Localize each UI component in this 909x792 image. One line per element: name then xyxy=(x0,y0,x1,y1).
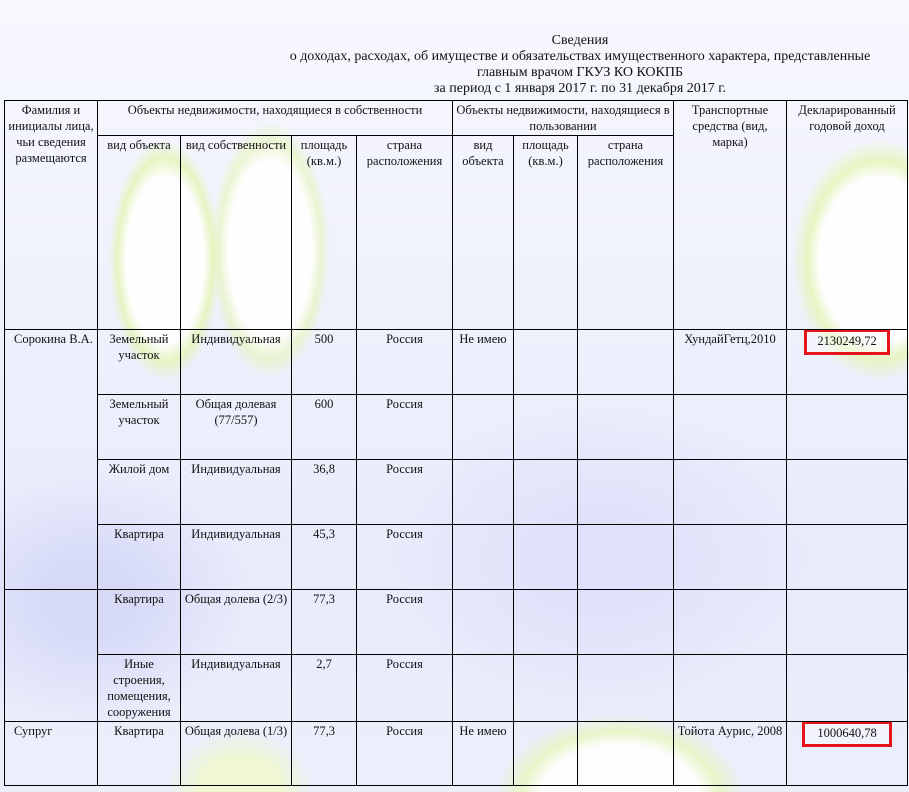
table-row: Квартира Индивидуальная 45,3 Россия xyxy=(5,525,908,590)
title-period: за период с 1 января 2017 г. по 31 декаб… xyxy=(250,81,909,97)
header-used-type: вид объекта xyxy=(453,136,514,330)
cell-used-type: Не имею xyxy=(453,722,514,786)
table-row: Иные строения, помещения, сооружения Инд… xyxy=(5,655,908,722)
header-person: Фамилия и инициалы лица, чьи сведения ра… xyxy=(5,101,98,330)
header-owned-area: площадь (кв.м.) xyxy=(292,136,357,330)
document-title: Сведения о доходах, расходах, об имущест… xyxy=(250,33,909,97)
cell-country: Россия xyxy=(357,525,453,590)
declaration-table: Фамилия и инициалы лица, чьи сведения ра… xyxy=(4,100,908,786)
cell-used-area xyxy=(514,722,578,786)
cell-object-type: Квартира xyxy=(98,722,181,786)
cell-income xyxy=(787,395,908,460)
table-row: Супруг Квартира Общая долева (1/3) 77,3 … xyxy=(5,722,908,786)
cell-ownership: Индивидуальная xyxy=(181,655,292,722)
cell-used-type xyxy=(453,655,514,722)
cell-used-country xyxy=(578,460,674,525)
cell-used-type xyxy=(453,460,514,525)
cell-used-country xyxy=(578,395,674,460)
cell-vehicle: ХундайГетц,2010 xyxy=(674,330,787,395)
cell-country: Россия xyxy=(357,395,453,460)
cell-country: Россия xyxy=(357,590,453,655)
cell-used-country xyxy=(578,525,674,590)
cell-area: 77,3 xyxy=(292,590,357,655)
header-income: Декларированный годовой доход xyxy=(787,101,908,330)
cell-used-area xyxy=(514,330,578,395)
cell-income xyxy=(787,525,908,590)
cell-ownership: Общая долевая (77/557) xyxy=(181,395,292,460)
cell-vehicle xyxy=(674,525,787,590)
cell-used-area xyxy=(514,395,578,460)
cell-area: 2,7 xyxy=(292,655,357,722)
header-owned-type: вид объекта xyxy=(98,136,181,330)
cell-used-country xyxy=(578,655,674,722)
title-official: главным врачом ГКУЗ КО КОКПБ xyxy=(250,65,909,81)
cell-area: 77,3 xyxy=(292,722,357,786)
income-highlight: 2130249,72 xyxy=(804,330,889,356)
cell-used-country xyxy=(578,330,674,395)
cell-country: Россия xyxy=(357,330,453,395)
header-used-area: площадь (кв.м.) xyxy=(514,136,578,330)
header-owned-ownership: вид собственности xyxy=(181,136,292,330)
cell-used-type xyxy=(453,395,514,460)
cell-ownership: Индивидуальная xyxy=(181,525,292,590)
cell-area: 600 xyxy=(292,395,357,460)
cell-vehicle xyxy=(674,590,787,655)
cell-used-area xyxy=(514,525,578,590)
header-used-country: страна расположения xyxy=(578,136,674,330)
cell-ownership: Индивидуальная xyxy=(181,330,292,395)
cell-income xyxy=(787,590,908,655)
header-used-group: Объекты недвижимости, находящиеся в поль… xyxy=(453,101,674,136)
cell-vehicle xyxy=(674,395,787,460)
table-row: Жилой дом Индивидуальная 36,8 Россия xyxy=(5,460,908,525)
cell-ownership: Общая долева (2/3) xyxy=(181,590,292,655)
cell-object-type: Квартира xyxy=(98,590,181,655)
cell-used-area xyxy=(514,590,578,655)
cell-object-type: Земельный участок xyxy=(98,395,181,460)
title-heading: Сведения xyxy=(250,33,909,49)
cell-person: Сорокина В.А. xyxy=(5,330,98,590)
cell-ownership: Индивидуальная xyxy=(181,460,292,525)
cell-country: Россия xyxy=(357,460,453,525)
cell-income xyxy=(787,655,908,722)
cell-object-type: Квартира xyxy=(98,525,181,590)
cell-country: Россия xyxy=(357,722,453,786)
cell-used-type xyxy=(453,525,514,590)
cell-vehicle xyxy=(674,655,787,722)
cell-used-area xyxy=(514,655,578,722)
cell-object-type: Иные строения, помещения, сооружения xyxy=(98,655,181,722)
cell-vehicle: Тойота Аурис, 2008 xyxy=(674,722,787,786)
cell-area: 45,3 xyxy=(292,525,357,590)
cell-person xyxy=(5,590,98,722)
cell-used-type: Не имею xyxy=(453,330,514,395)
cell-used-area xyxy=(514,460,578,525)
cell-used-country xyxy=(578,722,674,786)
cell-income: 2130249,72 xyxy=(787,330,908,395)
cell-area: 500 xyxy=(292,330,357,395)
cell-used-country xyxy=(578,590,674,655)
cell-object-type: Земельный участок xyxy=(98,330,181,395)
cell-income: 1000640,78 xyxy=(787,722,908,786)
cell-vehicle xyxy=(674,460,787,525)
cell-person: Супруг xyxy=(5,722,98,786)
cell-object-type: Жилой дом xyxy=(98,460,181,525)
cell-area: 36,8 xyxy=(292,460,357,525)
cell-country: Россия xyxy=(357,655,453,722)
header-vehicles: Транспортные средства (вид, марка) xyxy=(674,101,787,330)
header-owned-group: Объекты недвижимости, находящиеся в собс… xyxy=(98,101,453,136)
table-row: Земельный участок Общая долевая (77/557)… xyxy=(5,395,908,460)
cell-ownership: Общая долева (1/3) xyxy=(181,722,292,786)
table-row: Квартира Общая долева (2/3) 77,3 Россия xyxy=(5,590,908,655)
title-subject: о доходах, расходах, об имуществе и обяз… xyxy=(250,49,909,65)
cell-used-type xyxy=(453,590,514,655)
header-owned-country: страна расположения xyxy=(357,136,453,330)
table-row: Сорокина В.А. Земельный участок Индивиду… xyxy=(5,330,908,395)
income-highlight: 1000640,78 xyxy=(802,722,891,748)
cell-income xyxy=(787,460,908,525)
